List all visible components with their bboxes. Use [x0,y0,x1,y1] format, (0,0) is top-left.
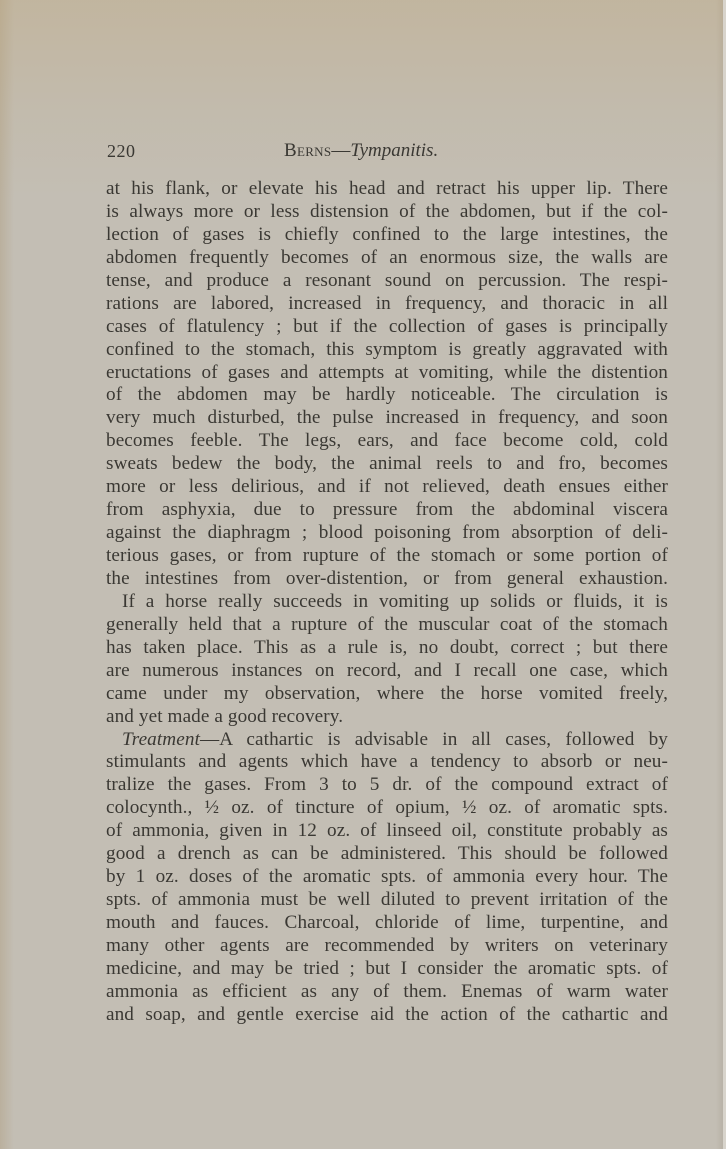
text-line: are numerous instances on record, and I … [106,660,668,683]
running-head: 220 Berns—Tympanitis. [107,139,667,163]
text-line: becomes feeble. The legs, ears, and face… [106,430,668,453]
text-line: from asphyxia, due to pressure from the … [106,499,668,522]
text-line: the intestines from over-distention, or … [106,568,668,591]
text-line: tense, and produce a resonant sound on p… [106,270,668,293]
treatment-lead: —A cathartic is advisable in all cases, … [200,729,668,750]
running-title-dash: — [331,140,350,161]
text-line: and yet made a good recovery. [106,706,668,729]
text-line: colocynth., ½ oz. of tincture of opium, … [106,797,668,820]
book-page: 220 Berns—Tympanitis. at his flank, or e… [0,0,726,1149]
paragraph-symptoms: at his flank, or elevate his head and re… [106,178,668,591]
text-line: tralize the gases. From 3 to 5 dr. of th… [106,774,668,797]
text-line: of the abdomen may be hardly noticeable.… [106,384,668,407]
text-line: lection of gases is chiefly confined to … [106,224,668,247]
text-line: sweats bedew the body, the animal reels … [106,453,668,476]
text-line: at his flank, or elevate his head and re… [106,178,668,201]
text-line: of ammonia, given in 12 oz. of linseed o… [106,820,668,843]
text-line: is always more or less distension of the… [106,201,668,224]
text-line: many other agents are recommended by wri… [106,935,668,958]
text-line: Treatment—A cathartic is advisable in al… [106,729,668,752]
text-line: has taken place. This as a rule is, no d… [106,637,668,660]
running-title: Berns—Tympanitis. [284,139,438,163]
text-line: confined to the stomach, this symptom is… [106,339,668,362]
text-line: spts. of ammonia must be well diluted to… [106,889,668,912]
text-line: terious gases, or from rupture of the st… [106,545,668,568]
text-line: mouth and fauces. Charcoal, chloride of … [106,912,668,935]
text-line: If a horse really succeeds in vomiting u… [106,591,668,614]
text-line: generally held that a rupture of the mus… [106,614,668,637]
text-line: rations are labored, increased in freque… [106,293,668,316]
text-line: eructations of gases and attempts at vom… [106,362,668,385]
paragraph-vomiting: If a horse really succeeds in vomiting u… [106,591,668,729]
text-line: came under my observation, where the hor… [106,683,668,706]
text-line: abdomen frequently becomes of an enormou… [106,247,668,270]
running-title-subject: Tympanitis. [350,140,438,161]
text-line: by 1 oz. doses of the aromatic spts. of … [106,866,668,889]
text-line: against the diaphragm ; blood poisoning … [106,522,668,545]
text-line: cases of flatulency ; but if the collect… [106,316,668,339]
text-line: very much disturbed, the pulse increased… [106,407,668,430]
paragraph-treatment: Treatment—A cathartic is advisable in al… [106,729,668,1027]
text-line: ammonia as efficient as any of them. Ene… [106,981,668,1004]
treatment-heading: Treatment [122,729,200,750]
text-line: medicine, and may be tried ; but I consi… [106,958,668,981]
running-title-author: Berns [284,140,331,161]
body-text: at his flank, or elevate his head and re… [106,178,668,1027]
text-line: and soap, and gentle exercise aid the ac… [106,1004,668,1027]
text-line: more or less delirious, and if not relie… [106,476,668,499]
page-number: 220 [107,139,136,163]
text-line: good a drench as can be administered. Th… [106,843,668,866]
text-line: stimulants and agents which have a tende… [106,751,668,774]
